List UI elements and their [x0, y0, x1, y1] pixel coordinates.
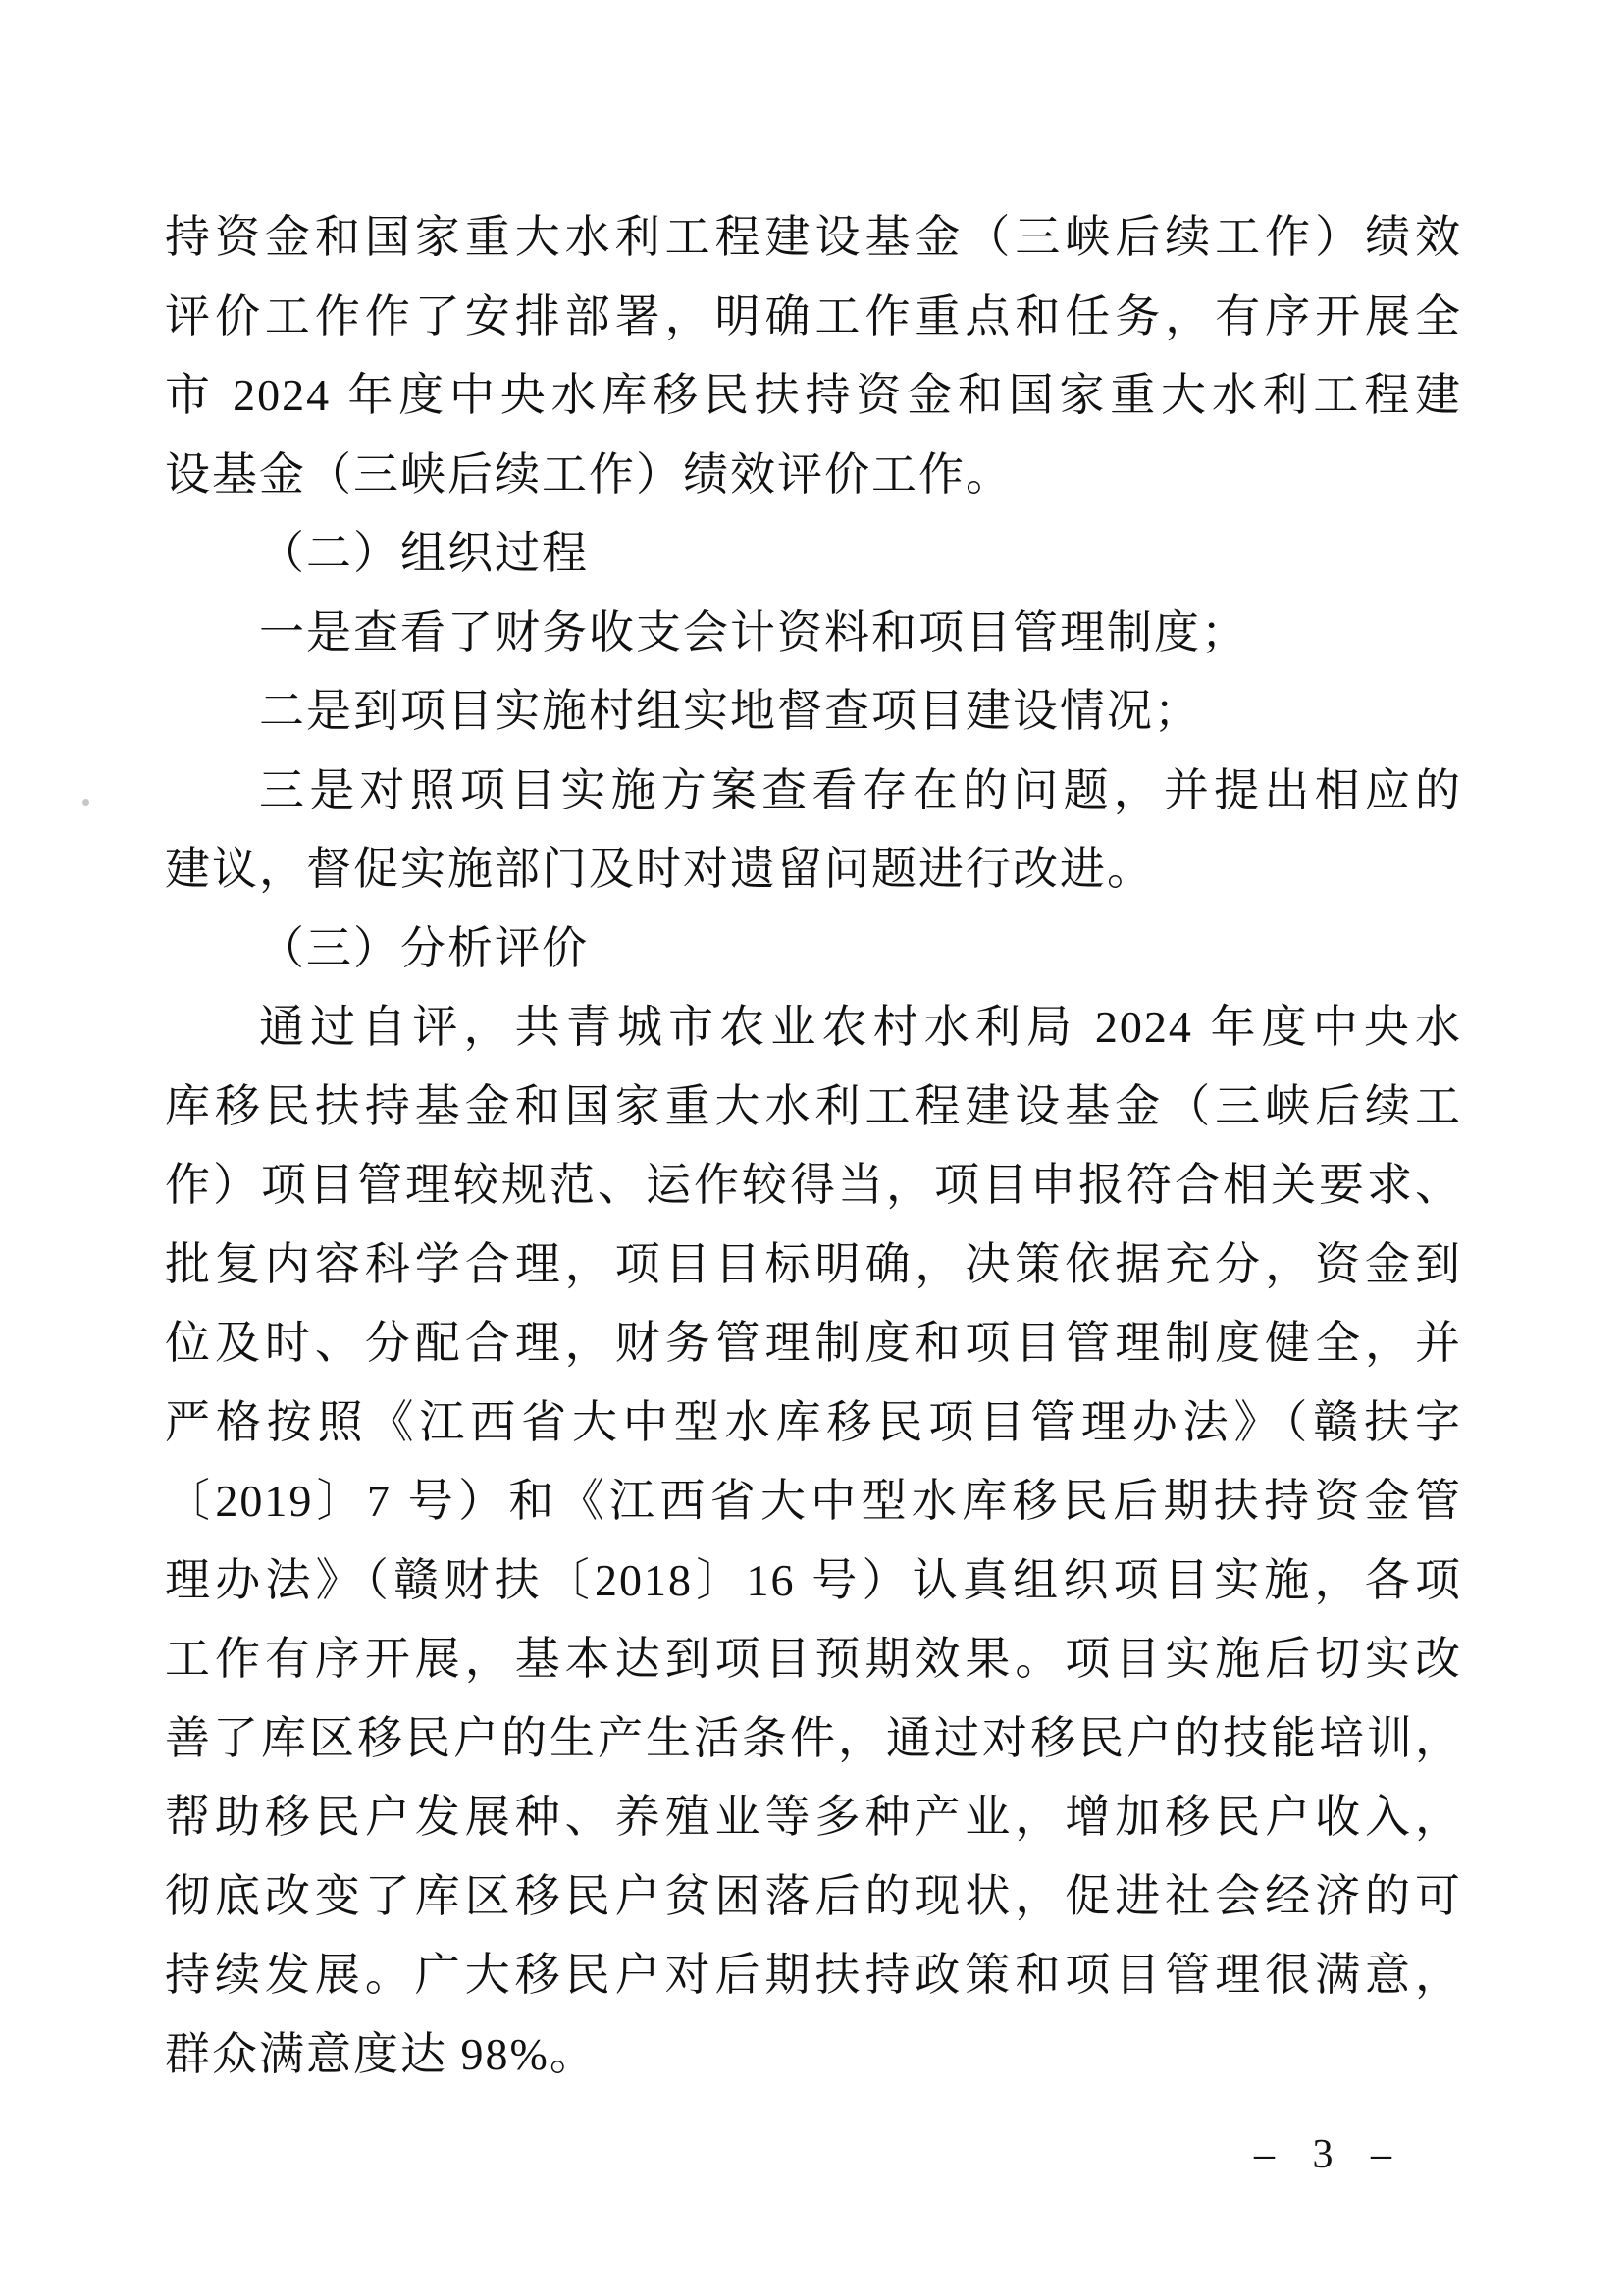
text-line: 库移民扶持基金和国家重大水利工程建设基金（三峡后续工: [165, 1068, 1462, 1147]
document-page: 持资金和国家重大水利工程建设基金（三峡后续工作）绩效评价工作作了安排部署，明确工…: [0, 0, 1623, 2296]
text-line: 〔2019〕7 号）和《江西省大中型水库移民后期扶持资金管: [165, 1462, 1462, 1541]
text-line: 通过自评，共青城市农业农村水利局 2024 年度中央水: [165, 988, 1462, 1068]
text-line: 群众满意度达 98%。: [165, 2015, 1462, 2095]
text-line: 评价工作作了安排部署，明确工作重点和任务，有序开展全: [165, 278, 1462, 357]
text-line: 二是到项目实施村组实地督查项目建设情况；: [165, 672, 1462, 752]
page-number: – 3 –: [1254, 2131, 1405, 2178]
text-line: 工作有序开展，基本达到项目预期效果。项目实施后切实改: [165, 1620, 1462, 1699]
text-line: 三是对照项目实施方案查看存在的问题，并提出相应的: [165, 752, 1462, 831]
text-line: 理办法》（赣财扶〔2018〕16 号）认真组织项目实施，各项: [165, 1541, 1462, 1621]
text-line: 设基金（三峡后续工作）绩效评价工作。: [165, 436, 1462, 515]
text-line: 严格按照《江西省大中型水库移民项目管理办法》（赣扶字: [165, 1383, 1462, 1463]
text-line: 帮助移民户发展种、养殖业等多种产业，增加移民户收入，: [165, 1778, 1462, 1857]
text-line: 一是查看了财务收支会计资料和项目管理制度；: [165, 594, 1462, 673]
text-line: 彻底改变了库区移民户贫困落后的现状，促进社会经济的可: [165, 1857, 1462, 1937]
text-line: （二）组织过程: [165, 514, 1462, 594]
scan-artifact-dot: [82, 799, 89, 806]
text-line: 批复内容科学合理，项目目标明确，决策依据充分，资金到: [165, 1226, 1462, 1305]
text-line: 建议，督促实施部门及时对遗留问题进行改进。: [165, 830, 1462, 910]
text-line: 善了库区移民户的生产生活条件，通过对移民户的技能培训，: [165, 1699, 1462, 1779]
text-line: （三）分析评价: [165, 910, 1462, 989]
text-line: 持续发展。广大移民户对后期扶持政策和项目管理很满意，: [165, 1936, 1462, 2015]
document-body: 持资金和国家重大水利工程建设基金（三峡后续工作）绩效评价工作作了安排部署，明确工…: [165, 198, 1462, 2094]
text-line: 作）项目管理较规范、运作较得当，项目申报符合相关要求、: [165, 1146, 1462, 1226]
text-line: 位及时、分配合理，财务管理制度和项目管理制度健全，并: [165, 1304, 1462, 1383]
text-line: 持资金和国家重大水利工程建设基金（三峡后续工作）绩效: [165, 198, 1462, 278]
text-line: 市 2024 年度中央水库移民扶持资金和国家重大水利工程建: [165, 356, 1462, 436]
